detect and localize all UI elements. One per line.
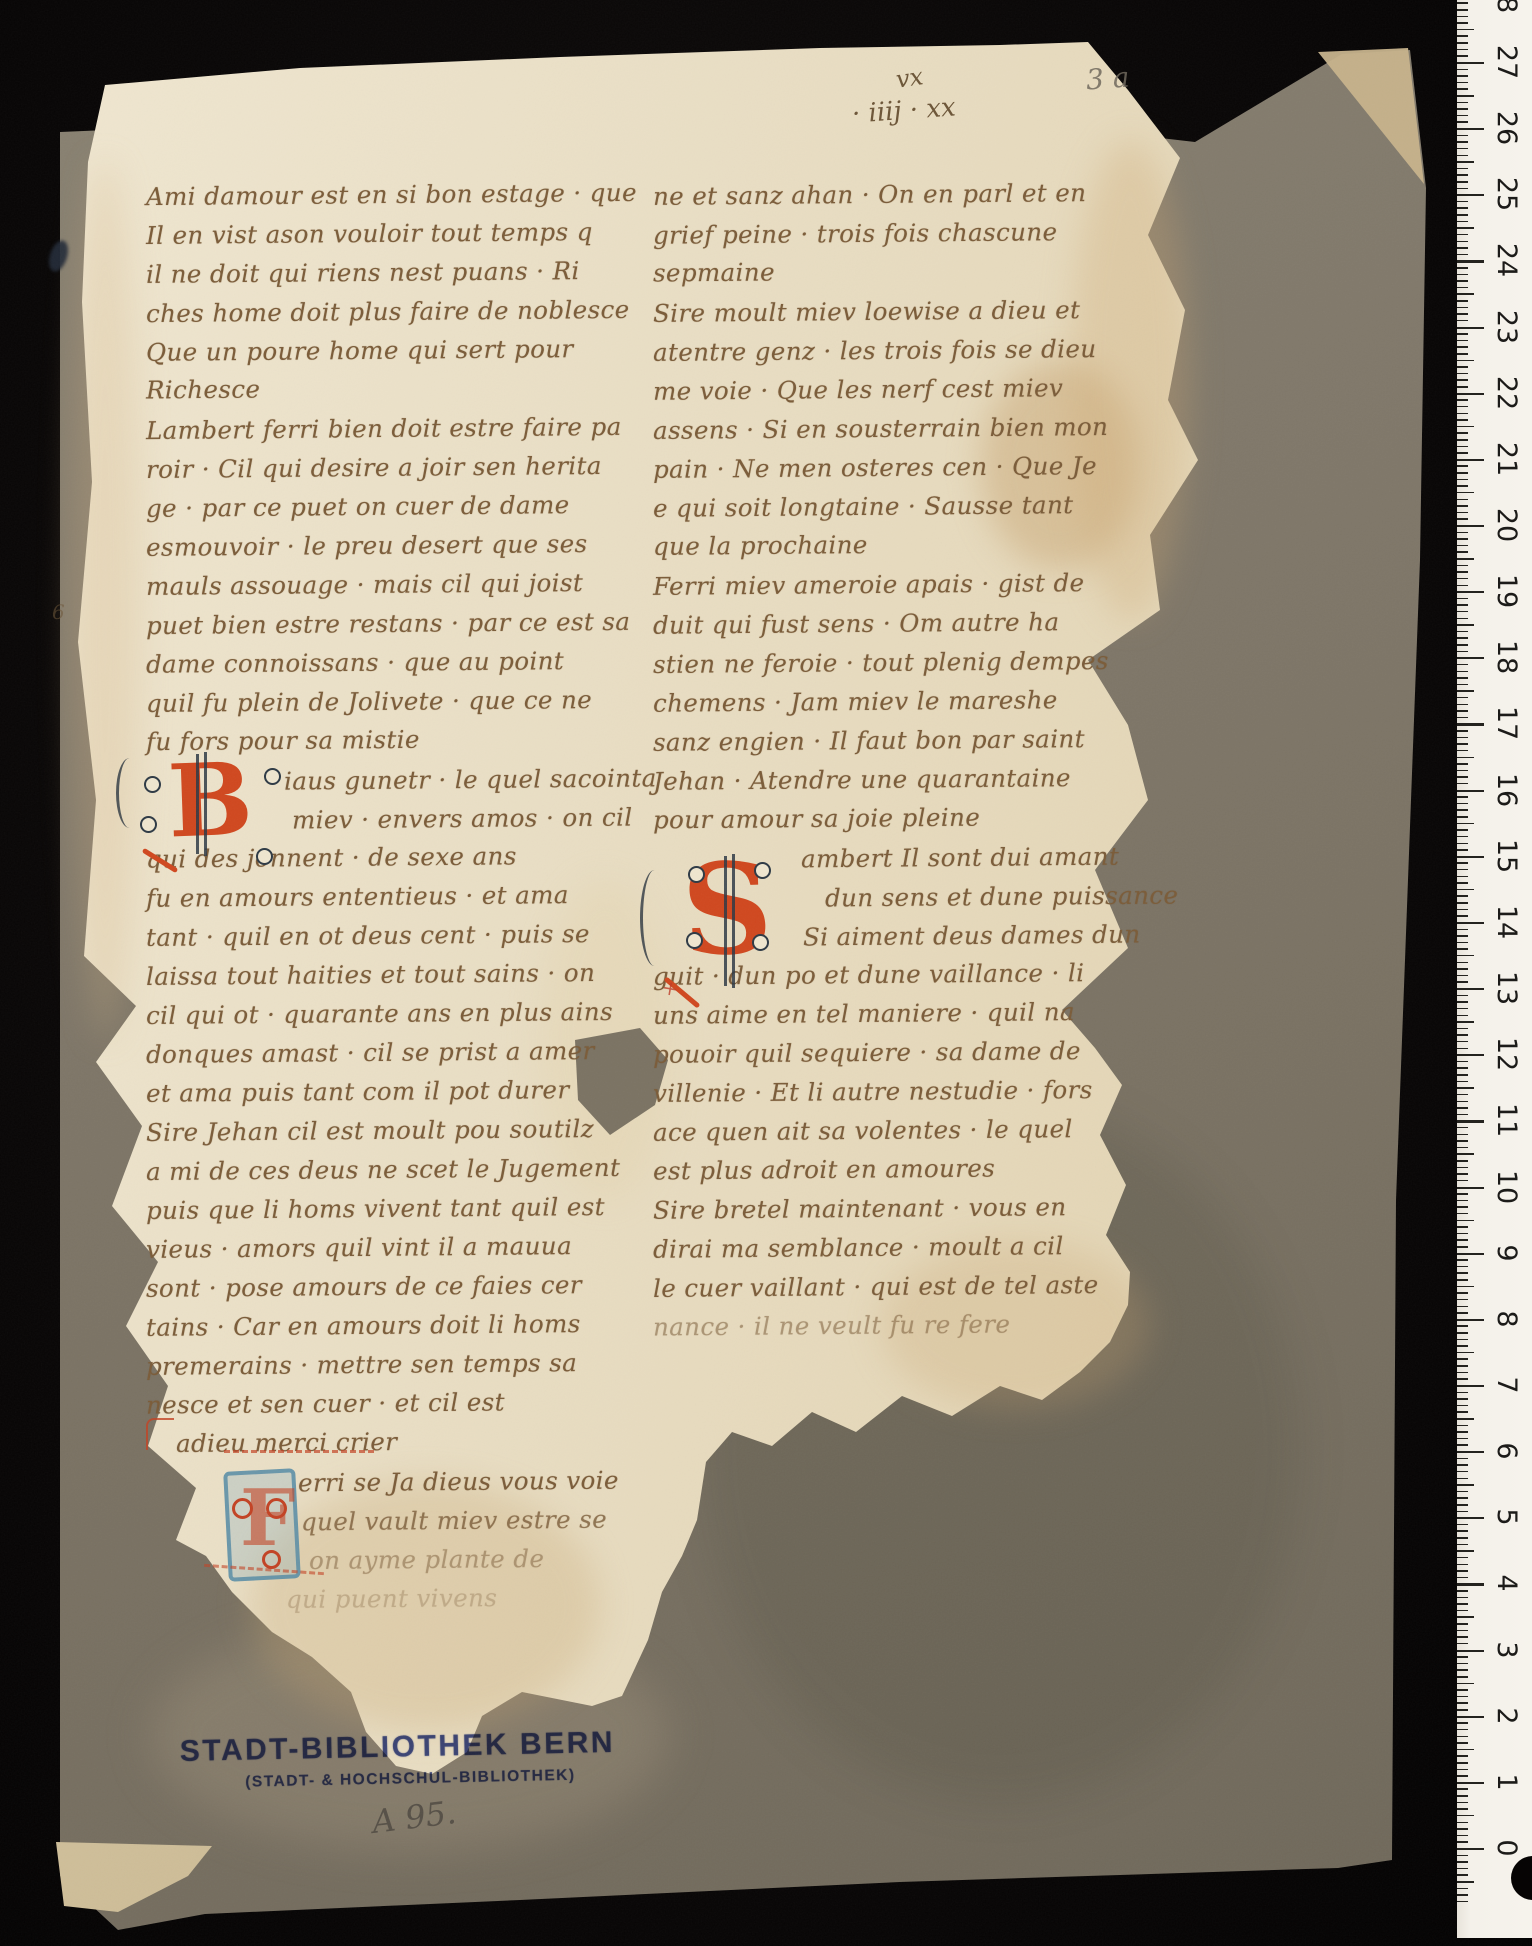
ruler-tick	[1457, 1530, 1468, 1532]
ruler-tick	[1457, 1901, 1468, 1903]
ruler-tick	[1457, 1200, 1468, 1202]
ruler-tick	[1457, 942, 1468, 944]
ruler-tick	[1457, 849, 1468, 851]
ruler-tick	[1457, 42, 1468, 44]
ruler-tick	[1457, 260, 1484, 262]
ruler-tick	[1457, 770, 1468, 772]
ruler-tick	[1457, 1378, 1468, 1380]
ruler-cm-label: 17	[1485, 702, 1527, 744]
ruler-tick	[1457, 413, 1468, 415]
ruler-tick	[1457, 532, 1468, 534]
ruler-tick	[1457, 148, 1468, 150]
ruler-tick	[1457, 929, 1468, 931]
ruler-tick	[1457, 360, 1474, 362]
ruler-tick	[1457, 1762, 1468, 1764]
ruler-tick	[1457, 1312, 1468, 1314]
ruler-tick	[1457, 353, 1468, 355]
ruler-tick	[1457, 1669, 1468, 1671]
ruler-tick	[1457, 1299, 1468, 1301]
ruler-tick	[1457, 1623, 1468, 1625]
ruler-tick	[1457, 1894, 1468, 1896]
ruler-tick	[1457, 1444, 1468, 1446]
ruler-tick	[1457, 591, 1484, 593]
ruler-tick	[1457, 1709, 1468, 1711]
ruler-tick	[1457, 889, 1474, 891]
ruler-tick	[1457, 697, 1468, 699]
ruler-tick	[1457, 1716, 1484, 1718]
ruler-cm-label: 23	[1485, 306, 1527, 348]
ruler-tick	[1457, 1167, 1468, 1169]
ruler-tick	[1457, 452, 1468, 454]
ruler-tick	[1457, 1147, 1468, 1149]
ruler-cm-label: 22	[1485, 372, 1527, 414]
ruler-tick	[1457, 816, 1468, 818]
ruler-cm-label: 5	[1485, 1496, 1527, 1538]
ruler-tick	[1457, 1259, 1468, 1261]
ruler-tick	[1457, 836, 1468, 838]
ruler-tick	[1457, 499, 1468, 501]
ruler-tick	[1457, 1213, 1468, 1215]
ruler-tick	[1457, 1722, 1468, 1724]
ruler-tick	[1457, 1206, 1468, 1208]
ruler-tick	[1457, 221, 1468, 223]
ruler-tick	[1457, 181, 1468, 183]
ruler-tick	[1457, 1491, 1468, 1493]
ruler-tick	[1457, 227, 1474, 229]
ruler-tick	[1457, 1008, 1468, 1010]
ruler-tick	[1457, 1736, 1468, 1738]
ruler-tick	[1457, 895, 1468, 897]
ruler-tick	[1457, 1874, 1468, 1876]
ruler-tick	[1457, 1676, 1468, 1678]
ruler-tick	[1457, 194, 1484, 196]
ruler-tick	[1457, 121, 1468, 123]
ruler-tick	[1457, 1372, 1468, 1374]
ruler-tick	[1457, 300, 1468, 302]
ruler-tick	[1457, 618, 1468, 620]
ruler-tick	[1457, 1114, 1468, 1116]
ruler-tick	[1457, 320, 1468, 322]
ruler-tick	[1457, 1861, 1468, 1863]
ruler-tick	[1457, 862, 1468, 864]
ruler-tick	[1457, 1808, 1468, 1810]
ruler-cm-label: 28	[1485, 0, 1527, 17]
ruler-tick	[1457, 988, 1484, 990]
ruler-cm-label: 25	[1485, 173, 1527, 215]
ruler-tick	[1457, 1729, 1468, 1731]
ruler-tick	[1457, 439, 1468, 441]
ruler-tick	[1457, 55, 1468, 57]
ruler-cm-label: 20	[1485, 504, 1527, 546]
ruler-cm-label: 19	[1485, 570, 1527, 612]
ruler-tick	[1457, 909, 1468, 911]
ruler-tick	[1457, 1352, 1474, 1354]
ruler-tick	[1457, 1597, 1468, 1599]
ruler-tick	[1457, 313, 1468, 315]
ruler-tick	[1457, 1504, 1468, 1506]
ruler-tick	[1457, 750, 1468, 752]
ruler-tick	[1457, 1577, 1468, 1579]
ruler-tick	[1457, 1028, 1468, 1030]
ruler-tick	[1457, 1286, 1474, 1288]
ruler-tick	[1457, 1239, 1468, 1241]
ruler-tick	[1457, 856, 1484, 858]
ruler-tick	[1457, 128, 1484, 130]
ruler-tick	[1457, 1021, 1474, 1023]
ruler-tick	[1457, 1458, 1468, 1460]
ruler-tick	[1457, 174, 1468, 176]
ruler-tick	[1457, 161, 1474, 163]
ruler-cm-label: 4	[1485, 1562, 1527, 1604]
ruler-tick	[1457, 168, 1468, 170]
ruler-tick	[1457, 1822, 1468, 1824]
ruler-tick	[1457, 723, 1484, 725]
ruler-tick	[1457, 882, 1468, 884]
ruler-tick	[1457, 538, 1468, 540]
ruler-tick	[1457, 1656, 1468, 1658]
ruler-tick	[1457, 432, 1468, 434]
ruler-tick	[1457, 598, 1468, 600]
ruler-tick	[1457, 1590, 1468, 1592]
ruler-tick	[1457, 571, 1468, 573]
ruler-cm-label: 24	[1485, 239, 1527, 281]
ruler-tick	[1457, 69, 1468, 71]
ruler-tick	[1457, 1127, 1468, 1129]
ruler-tick	[1457, 922, 1484, 924]
ruler-tick	[1457, 1107, 1468, 1109]
ruler-tick	[1457, 1220, 1474, 1222]
ruler-tick	[1457, 1438, 1468, 1440]
ruler-tick	[1457, 1153, 1474, 1155]
ruler-tick	[1457, 293, 1474, 295]
ruler-tick	[1457, 1272, 1468, 1274]
ruler-tick	[1457, 585, 1468, 587]
ruler-tick	[1457, 366, 1468, 368]
ruler-tick	[1457, 340, 1468, 342]
ruler-tick	[1457, 631, 1468, 633]
ruler-tick	[1457, 1868, 1468, 1870]
ruler-tick	[1457, 512, 1468, 514]
ruler-tick	[1457, 1345, 1468, 1347]
ruler-tick	[1457, 1616, 1474, 1618]
ruler-tick	[1457, 479, 1468, 481]
ruler-tick	[1457, 948, 1468, 950]
ruler-cm-label: 18	[1485, 636, 1527, 678]
ruler-tick	[1457, 1775, 1468, 1777]
ruler-tick	[1457, 1537, 1468, 1539]
ruler-tick	[1457, 1782, 1484, 1784]
ruler-tick	[1457, 551, 1468, 553]
ruler-tick	[1457, 637, 1468, 639]
ruler-tick	[1457, 1425, 1468, 1427]
ruler-tick	[1457, 823, 1474, 825]
ruler-tick	[1457, 1358, 1468, 1360]
ruler-cm-label: 12	[1485, 1033, 1527, 1075]
ruler-tick	[1457, 1325, 1468, 1327]
ruler-tick	[1457, 763, 1468, 765]
ruler-tick	[1457, 1841, 1468, 1843]
ruler-tick	[1457, 95, 1474, 97]
ruler-tick	[1457, 1484, 1474, 1486]
ruler-tick	[1457, 188, 1468, 190]
ruler-tick	[1457, 1564, 1468, 1566]
ruler-tick	[1457, 287, 1468, 289]
ruler-tick	[1457, 1517, 1484, 1519]
ruler-tick	[1457, 214, 1468, 216]
ruler-cm-label: 16	[1485, 769, 1527, 811]
ruler-tick	[1457, 565, 1468, 567]
ruler-tick	[1457, 35, 1468, 37]
film-grain-overlay	[0, 0, 1532, 1946]
ruler-tick	[1457, 241, 1468, 243]
ruler-cm-label: 27	[1485, 41, 1527, 83]
ruler-tick	[1457, 82, 1468, 84]
ruler-tick	[1457, 459, 1484, 461]
ruler-tick	[1457, 876, 1468, 878]
ruler-tick	[1457, 1411, 1468, 1413]
ruler-tick	[1457, 22, 1468, 24]
ruler-tick	[1457, 829, 1468, 831]
ruler-tick	[1457, 446, 1468, 448]
ruler-tick	[1457, 1054, 1484, 1056]
ruler-tick	[1457, 710, 1468, 712]
ruler-tick	[1457, 1041, 1468, 1043]
ruler-tick	[1457, 1788, 1468, 1790]
ruler-tick	[1457, 207, 1468, 209]
ruler-tick	[1457, 280, 1468, 282]
ruler-tick	[1457, 1398, 1468, 1400]
ruler-tick	[1457, 776, 1468, 778]
ruler-cm-label: 7	[1485, 1364, 1527, 1406]
ruler-tick	[1457, 869, 1468, 871]
ruler-tick	[1457, 393, 1484, 395]
ruler-tick	[1457, 1034, 1468, 1036]
ruler-tick	[1457, 995, 1468, 997]
ruler-tick	[1457, 1187, 1484, 1189]
ruler-tick	[1457, 247, 1468, 249]
ruler-tick	[1457, 1689, 1468, 1691]
ruler-tick	[1457, 9, 1468, 11]
ruler-tick	[1457, 2, 1468, 4]
ruler-tick	[1457, 1702, 1468, 1704]
ruler-tick	[1457, 373, 1468, 375]
ruler-tick	[1457, 1048, 1468, 1050]
ruler-tick	[1457, 664, 1468, 666]
ruler-tick	[1457, 962, 1468, 964]
ruler: 0123456789101112131415161718192021222324…	[1457, 0, 1532, 1938]
ruler-tick	[1457, 1769, 1468, 1771]
ruler-tick	[1457, 379, 1468, 381]
ruler-tick	[1457, 783, 1468, 785]
ruler-tick	[1457, 399, 1468, 401]
ruler-tick	[1457, 49, 1468, 51]
ruler-tick	[1457, 333, 1468, 335]
ruler-tick	[1457, 1888, 1468, 1890]
ruler-tick	[1457, 1524, 1468, 1526]
ruler-tick	[1457, 29, 1474, 31]
ruler-cm-label: 21	[1485, 438, 1527, 480]
ruler-tick	[1457, 796, 1468, 798]
ruler-tick	[1457, 386, 1468, 388]
ruler-tick	[1457, 704, 1468, 706]
ruler-tick	[1457, 1544, 1468, 1546]
ruler-tick	[1457, 75, 1468, 77]
ruler-tick	[1457, 737, 1468, 739]
ruler-tick	[1457, 611, 1468, 613]
ruler-tick	[1457, 558, 1474, 560]
ruler-tick	[1457, 743, 1468, 745]
ruler-tick	[1457, 843, 1468, 845]
ruler-tick	[1457, 717, 1468, 719]
ruler-cm-label: 11	[1485, 1099, 1527, 1141]
ruler-tick	[1457, 1233, 1468, 1235]
ruler-tick	[1457, 1180, 1468, 1182]
ruler-tick	[1457, 1643, 1468, 1645]
photograph: Ami damour est en si bon estage · queIl …	[0, 0, 1532, 1946]
ruler-tick	[1457, 1253, 1484, 1255]
ruler-tick	[1457, 492, 1474, 494]
ruler-tick	[1457, 1134, 1468, 1136]
ruler-tick	[1457, 1246, 1468, 1248]
ruler-tick	[1457, 790, 1484, 792]
ruler-cm-label: 3	[1485, 1629, 1527, 1671]
ruler-tick	[1457, 644, 1468, 646]
ruler-ticks: 0123456789101112131415161718192021222324…	[1457, 0, 1532, 1938]
ruler-tick	[1457, 327, 1484, 329]
ruler-tick	[1457, 1226, 1468, 1228]
ruler-tick	[1457, 981, 1468, 983]
ruler-tick	[1457, 1332, 1468, 1334]
ruler-tick	[1457, 406, 1468, 408]
ruler-cm-label: 6	[1485, 1430, 1527, 1472]
ruler-tick	[1457, 234, 1468, 236]
ruler-tick	[1457, 915, 1468, 917]
ruler-tick	[1457, 1001, 1468, 1003]
ruler-tick	[1457, 1279, 1468, 1281]
ruler-tick	[1457, 1451, 1484, 1453]
ruler-tick	[1457, 1392, 1468, 1394]
ruler-tick	[1457, 1835, 1468, 1837]
ruler-tick	[1457, 1881, 1474, 1883]
ruler-cm-label: 10	[1485, 1166, 1527, 1208]
ruler-tick	[1457, 968, 1468, 970]
ruler-tick	[1457, 657, 1484, 659]
ruler-tick	[1457, 1550, 1474, 1552]
ruler-cm-label: 8	[1485, 1298, 1527, 1340]
ruler-tick	[1457, 1610, 1468, 1612]
ruler-tick	[1457, 1511, 1468, 1513]
ruler-tick	[1457, 578, 1468, 580]
ruler-tick	[1457, 677, 1468, 679]
ruler-tick	[1457, 1061, 1468, 1063]
ruler-cm-label: 15	[1485, 835, 1527, 877]
ruler-cm-label: 26	[1485, 107, 1527, 149]
ruler-tick	[1457, 690, 1474, 692]
ruler-tick	[1457, 102, 1468, 104]
ruler-tick	[1457, 757, 1474, 759]
ruler-tick	[1457, 1067, 1468, 1069]
ruler-tick	[1457, 1497, 1468, 1499]
ruler-tick	[1457, 803, 1468, 805]
ruler-tick	[1457, 975, 1468, 977]
ruler-tick	[1457, 1742, 1468, 1744]
ruler-tick	[1457, 267, 1468, 269]
ruler-tick	[1457, 62, 1484, 64]
ruler-tick	[1457, 115, 1468, 117]
ruler-tick	[1457, 1636, 1468, 1638]
ruler-tick	[1457, 1015, 1468, 1017]
ruler-tick	[1457, 1630, 1468, 1632]
ruler-tick	[1457, 955, 1474, 957]
ruler-tick	[1457, 671, 1468, 673]
ruler-tick	[1457, 684, 1468, 686]
ruler-tick	[1457, 1755, 1468, 1757]
ruler-tick	[1457, 254, 1468, 256]
ruler-tick	[1457, 1418, 1474, 1420]
ruler-tick	[1457, 472, 1468, 474]
ruler-tick	[1457, 1160, 1468, 1162]
ruler-cm-label: 2	[1485, 1695, 1527, 1737]
ruler-tick	[1457, 525, 1484, 527]
ruler-tick	[1457, 1365, 1468, 1367]
ruler-tick	[1457, 465, 1468, 467]
ruler-tick	[1457, 1094, 1468, 1096]
ruler-cm-label: 13	[1485, 967, 1527, 1009]
ruler-tick	[1457, 1570, 1468, 1572]
ruler-tick	[1457, 651, 1468, 653]
ruler-cm-label: 14	[1485, 901, 1527, 943]
ruler-cm-label: 1	[1485, 1761, 1527, 1803]
ruler-cm-label: 9	[1485, 1232, 1527, 1274]
ruler-tick	[1457, 108, 1468, 110]
ruler-tick	[1457, 1848, 1484, 1850]
ruler-tick	[1457, 935, 1468, 937]
ruler-tick	[1457, 1471, 1468, 1473]
ruler-tick	[1457, 1319, 1484, 1321]
ruler-tick	[1457, 902, 1468, 904]
ruler-tick	[1457, 1650, 1484, 1652]
ruler-tick	[1457, 1815, 1474, 1817]
ruler-tick	[1457, 88, 1468, 90]
ruler-tick	[1457, 16, 1468, 18]
ruler-tick	[1457, 419, 1468, 421]
ruler-tick	[1457, 1074, 1468, 1076]
ruler-tick	[1457, 201, 1468, 203]
ruler-tick	[1457, 1795, 1468, 1797]
ruler-tick	[1457, 604, 1468, 606]
ruler-tick	[1457, 1101, 1468, 1103]
ruler-tick	[1457, 1385, 1484, 1387]
ruler-tick	[1457, 809, 1468, 811]
ruler-tick	[1457, 1749, 1474, 1751]
ruler-tick	[1457, 1431, 1468, 1433]
ruler-tick	[1457, 1802, 1468, 1804]
ruler-tick	[1457, 1081, 1468, 1083]
ruler-tick	[1457, 1120, 1484, 1122]
ruler-tick	[1457, 141, 1468, 143]
ruler-tick	[1457, 1557, 1468, 1559]
ruler-tick	[1457, 1663, 1468, 1665]
ruler-tick	[1457, 1603, 1468, 1605]
ruler-tick	[1457, 1140, 1468, 1142]
ruler-tick	[1457, 307, 1468, 309]
ruler-tick	[1457, 1193, 1468, 1195]
ruler-tick	[1457, 135, 1468, 137]
ruler-tick	[1457, 1292, 1468, 1294]
ruler-tick	[1457, 505, 1468, 507]
ruler-tick	[1457, 485, 1468, 487]
ruler-tick	[1457, 1478, 1468, 1480]
